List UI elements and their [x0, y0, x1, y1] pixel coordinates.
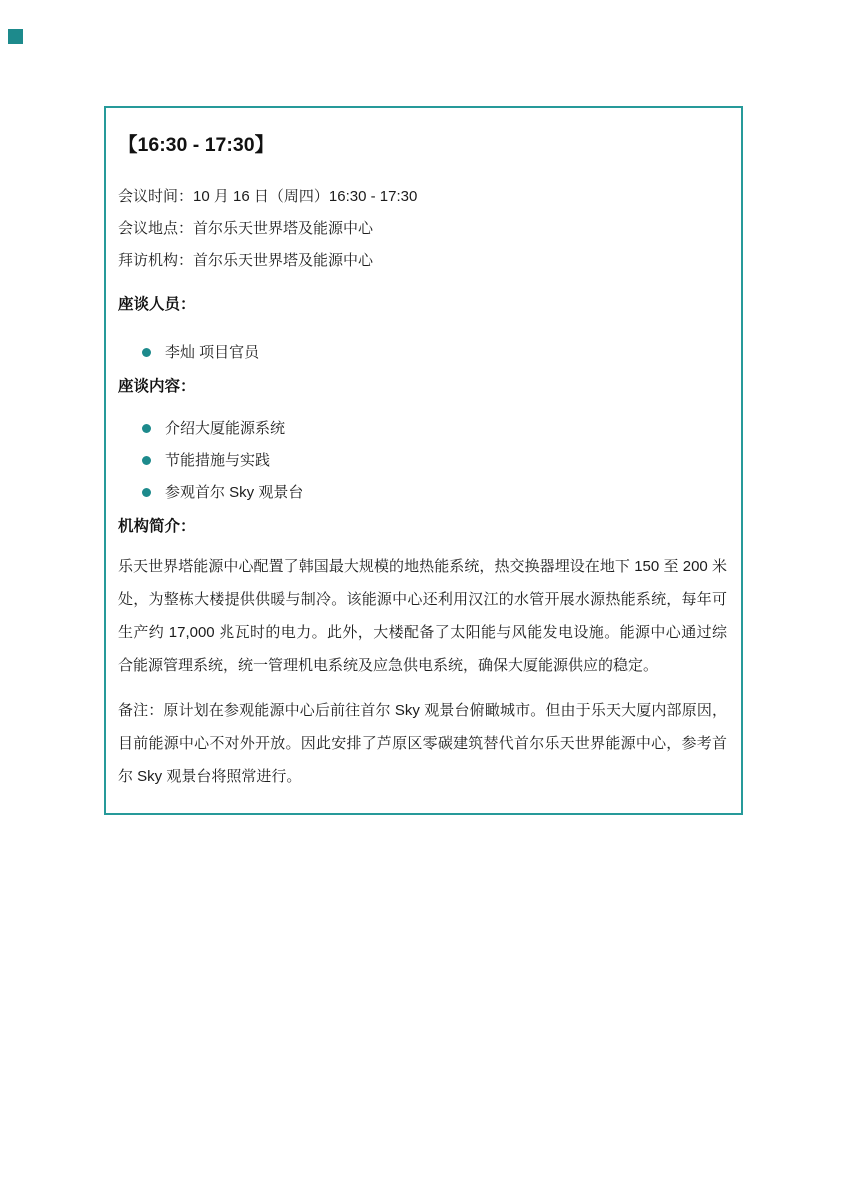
topic-text: 介绍大厦能源系统	[165, 420, 285, 437]
topic-item: 节能措施与实践	[118, 452, 727, 470]
session-time-title: 【16:30 - 17:30】	[118, 133, 727, 157]
bullet-icon	[142, 424, 151, 433]
corner-accent-square	[8, 29, 23, 44]
attendees-list: 李灿 项目官员	[118, 344, 727, 362]
document-page: { "colors": { "accent_teal_border": "#26…	[0, 0, 849, 1200]
attendee-item: 李灿 项目官员	[118, 344, 727, 362]
bullet-icon	[142, 348, 151, 357]
bullet-icon	[142, 488, 151, 497]
meeting-location-value: 首尔乐天世界塔及能源中心	[193, 220, 373, 237]
visited-org-label: 拜访机构：	[118, 252, 193, 269]
topic-item: 介绍大厦能源系统	[118, 420, 727, 438]
topic-text: 节能措施与实践	[165, 452, 270, 469]
meeting-time-label: 会议时间：	[118, 188, 193, 205]
session-card: 【16:30 - 17:30】 会议时间：10 月 16 日（周四）16:30 …	[104, 106, 743, 815]
meeting-time-row: 会议时间：10 月 16 日（周四）16:30 - 17:30	[118, 188, 727, 206]
visited-org-value: 首尔乐天世界塔及能源中心	[193, 252, 373, 269]
topics-list: 介绍大厦能源系统 节能措施与实践 参观首尔 Sky 观景台	[118, 420, 727, 502]
meeting-time-value: 10 月 16 日（周四）16:30 - 17:30	[193, 188, 417, 205]
visited-org-row: 拜访机构：首尔乐天世界塔及能源中心	[118, 252, 727, 270]
topics-heading: 座谈内容：	[118, 378, 727, 396]
topic-text: 参观首尔 Sky 观景台	[165, 484, 303, 501]
attendee-text: 李灿 项目官员	[165, 344, 259, 361]
bullet-icon	[142, 456, 151, 465]
meeting-location-row: 会议地点：首尔乐天世界塔及能源中心	[118, 220, 727, 238]
org-intro-paragraph: 乐天世界塔能源中心配置了韩国最大规模的地热能系统，热交换器埋设在地下 150 至…	[118, 550, 727, 682]
note-paragraph: 备注：原计划在参观能源中心后前往首尔 Sky 观景台俯瞰城市。但由于乐天大厦内部…	[118, 694, 727, 793]
meeting-location-label: 会议地点：	[118, 220, 193, 237]
attendees-heading: 座谈人员：	[118, 296, 727, 314]
org-intro-heading: 机构简介：	[118, 518, 727, 536]
topic-item: 参观首尔 Sky 观景台	[118, 484, 727, 502]
